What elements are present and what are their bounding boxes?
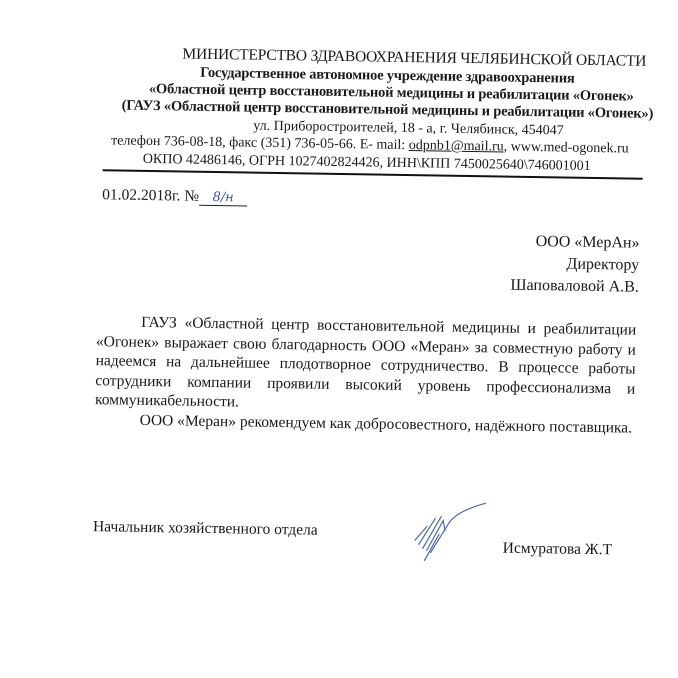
body-paragraph-1: ГАУЗ «Областной центр восстановительной … [95,312,636,418]
handwritten-number: 8/н [199,190,247,207]
letter-page: МИНИСТЕРСТВО ЗДРАВООХРАНЕНИЯ ЧЕЛЯБИНСКОЙ… [0,0,678,678]
addressee-position: Директору [511,253,640,277]
website-text: , www.med-ogonek.ru [504,140,629,157]
email-link[interactable]: odpnb1@mail.ru [409,138,504,154]
addressee-name: Шаповаловой А.В. [510,275,639,299]
letter-body: ГАУЗ «Областной центр восстановительной … [95,312,637,437]
date-number-line: 01.02.2018г. №8/н [102,186,247,206]
addressee-block: ООО «МерАн» Директору Шаповаловой А.В. [510,231,639,299]
date-label: 01.02.2018г. № [102,186,199,205]
signatory-name: Исмуратова Ж.Т [503,540,613,560]
signatory-title: Начальник хозяйственного отдела [93,518,318,540]
handwritten-signature-icon [396,496,497,568]
addressee-org: ООО «МерАн» [511,231,640,255]
